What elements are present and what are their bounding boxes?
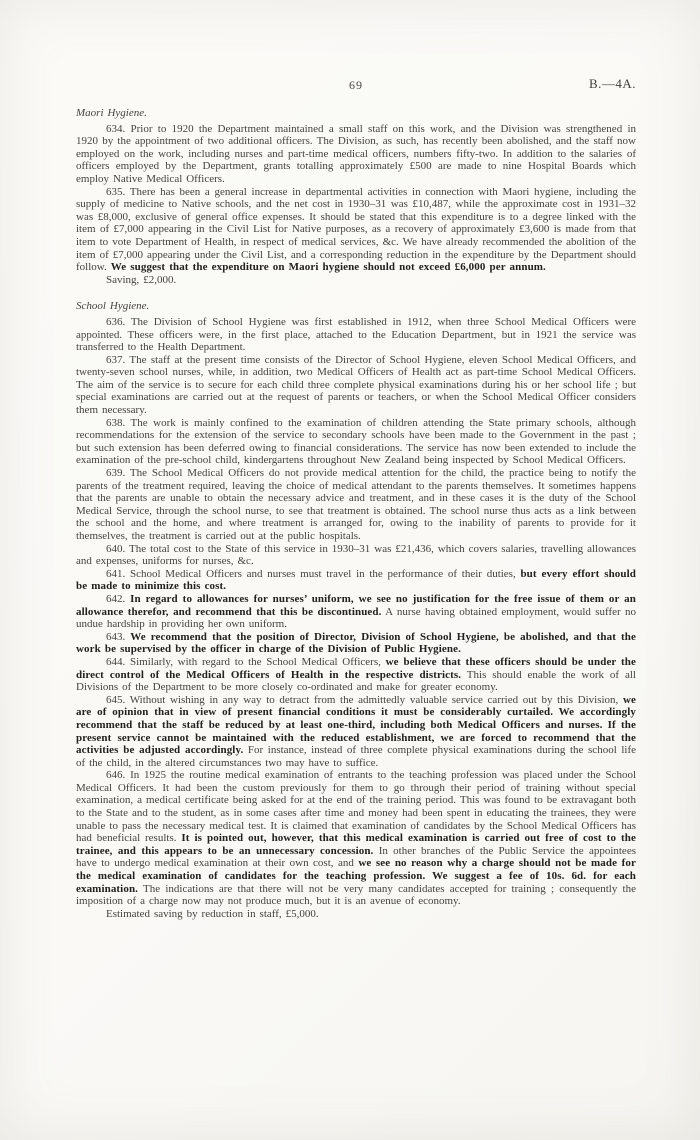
emphasis-text: We suggest that the expenditure on Maori… (111, 261, 546, 273)
paragraph: 644. Similarly, with regard to the Schoo… (76, 656, 636, 694)
body-text: 635. There has been a general increase i… (76, 186, 636, 274)
scanned-report-page: 69 B.—4A. Maori Hygiene.634. Prior to 19… (0, 0, 700, 1140)
paragraph: 646. In 1925 the routine medical examina… (76, 769, 636, 908)
paragraph: 643. We recommend that the position of D… (76, 631, 636, 656)
body-text: 634. Prior to 1920 the Department mainta… (76, 123, 636, 185)
paragraph: 635. There has been a general increase i… (76, 186, 636, 274)
section-heading: Maori Hygiene. (76, 107, 636, 120)
section-heading: School Hygiene. (76, 300, 636, 313)
body-text: The indications are that there will not … (76, 883, 636, 908)
paragraph: 639. The School Medical Officers do not … (76, 467, 636, 543)
body-text: 639. The School Medical Officers do not … (76, 467, 636, 542)
paragraph: 641. School Medical Officers and nurses … (76, 568, 636, 593)
body-text: Saving, £2,000. (106, 274, 176, 286)
paragraph: 640. The total cost to the State of this… (76, 543, 636, 568)
paragraph: 642. In regard to allowances for nurses’… (76, 593, 636, 631)
body-text: 638. The work is mainly confined to the … (76, 417, 636, 467)
emphasis-text: We recommend that the position of Direct… (76, 631, 636, 656)
paragraph: Saving, £2,000. (76, 274, 636, 287)
body-text: 643. (106, 631, 130, 643)
paragraph: 634. Prior to 1920 the Department mainta… (76, 123, 636, 186)
paragraph: 645. Without wishing in any way to detra… (76, 694, 636, 770)
paragraph: 638. The work is mainly confined to the … (76, 417, 636, 467)
paragraph: 636. The Division of School Hygiene was … (76, 316, 636, 354)
paragraph: Estimated saving by reduction in staff, … (76, 908, 636, 921)
body-text: 644. Similarly, with regard to the Schoo… (106, 656, 386, 668)
body-text: 641. School Medical Officers and nurses … (106, 568, 520, 580)
body-text: 640. The total cost to the State of this… (76, 543, 636, 568)
page-header: 69 B.—4A. (76, 78, 636, 94)
document-body: Maori Hygiene.634. Prior to 1920 the Dep… (76, 107, 636, 920)
body-text: 645. Without wishing in any way to detra… (106, 694, 623, 706)
paragraph: 637. The staff at the present time consi… (76, 354, 636, 417)
body-text: 636. The Division of School Hygiene was … (76, 316, 636, 353)
body-text: 642. (106, 593, 130, 605)
document-reference: B.—4A. (589, 76, 636, 92)
body-text: Estimated saving by reduction in staff, … (106, 908, 319, 920)
body-text: 637. The staff at the present time consi… (76, 354, 636, 416)
page-number: 69 (76, 78, 636, 93)
